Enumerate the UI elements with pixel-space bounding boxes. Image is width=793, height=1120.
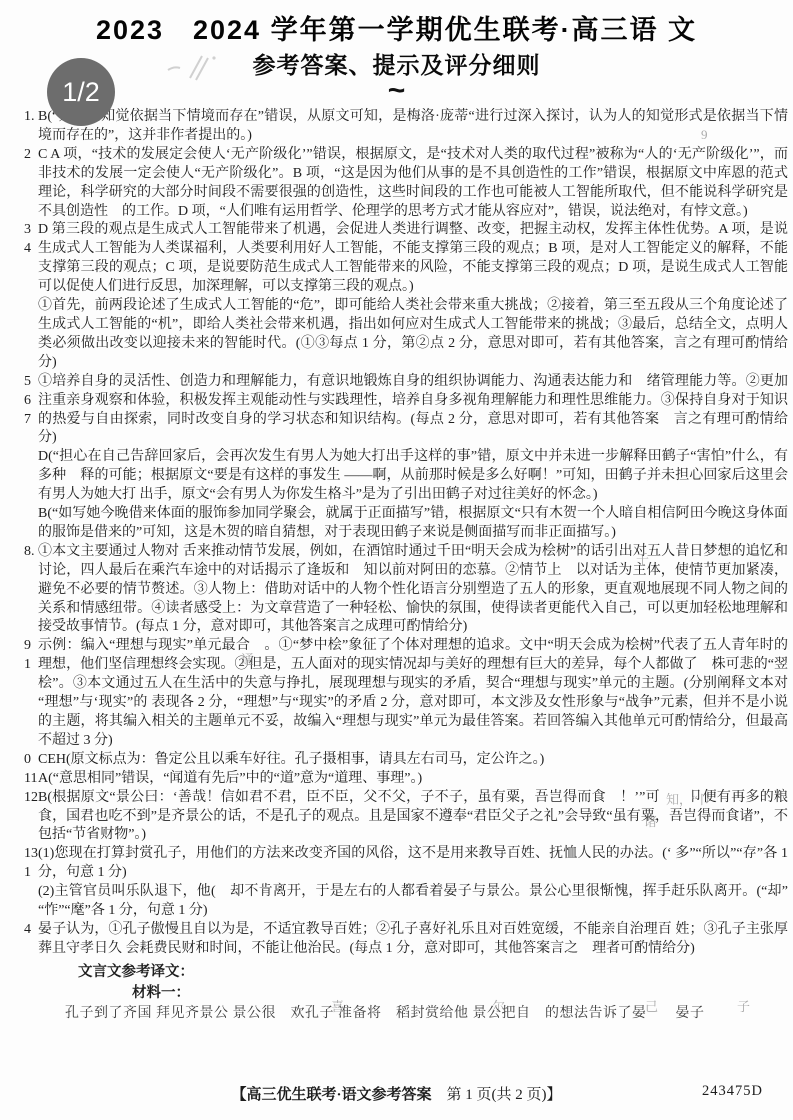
- item-number: 12: [24, 789, 38, 808]
- print-artifact: 喜: [331, 996, 344, 1015]
- answer-item-14: 4 晏子认为，①孔子傲慢且自以为是，不适宜教导百姓；②孔子喜好礼乐且对百姓宽缓，…: [38, 921, 788, 959]
- print-artifact: 9: [701, 127, 708, 143]
- answer-item-8: 8. ①本文主要通过人物对 舌来推动情节发展，例如，在酒馆时通过千田“明天会成为…: [38, 543, 788, 638]
- item-number: 4: [24, 921, 38, 940]
- print-artifact: 通: [241, 649, 254, 668]
- answer-item-10: 0 CEH(原文标点为：鲁定公且以乘车好往。孔子摄相事，请具左右司马，定公许之。…: [38, 751, 788, 770]
- tilde-mark: ~: [0, 80, 793, 102]
- footer-page-info: 第 1 页(共 2 页)】: [432, 1087, 562, 1103]
- answers-list: 1. B(“并提出知觉依据当下情境而存在”错误，从原文可知，是梅洛·庞蒂“进行过…: [38, 108, 788, 1024]
- answer-item-7: B(“如写她今晚借来体面的服饰参加同学聚会，就属于正面描写”错，根据原文“只有木…: [38, 505, 788, 543]
- answer-item-9: 9 1 示例：编入“理想与现实”单元最合 。①“梦中桧”象征了个体对理想的追求。…: [38, 637, 788, 750]
- item-number: 2: [24, 146, 38, 165]
- item-number: 1.: [24, 108, 38, 127]
- item-text: ①首先，前两段论述了生成式人工智能的“危”，即可能给人类社会带来重大挑战；②接着…: [38, 297, 788, 373]
- translation-text: 孔子到了齐国 拜见齐景公 景公很 欢孔子 准备将 稻封赏给他 景公把自 的想法告…: [65, 1005, 788, 1024]
- material-label: 材料一：: [132, 984, 788, 1003]
- item-text: CEH(原文标点为：鲁定公且以乘车好往。孔子摄相事，请具左右司马，定公许之。): [38, 751, 788, 770]
- item-number: 8.: [24, 543, 38, 562]
- item-text: D 第三段的观点是生成式人工智能带来了机遇，会促进人类进行调整、改变，把握主动权…: [38, 221, 788, 297]
- print-artifact: 己: [645, 996, 658, 1015]
- translation-heading: 文言文参考译文：: [78, 963, 788, 982]
- item-text: (1)您现在打算封赏孔子，用他们的方法来改变齐国的风俗，这不是用来教导百姓、抚恤…: [38, 845, 788, 883]
- footer-title: 【高三优生联考·语文参考答案 第 1 页(共 2 页)】: [0, 1083, 793, 1104]
- item-text: ①本文主要通过人物对 舌来推动情节发展，例如，在酒馆时通过千田“明天会成为桧树”…: [38, 543, 788, 638]
- item-number: 0: [24, 751, 38, 770]
- answer-item-3: 3 4 D 第三段的观点是生成式人工智能带来了机遇，会促进人类进行调整、改变，把…: [38, 221, 788, 297]
- answer-item-5: 5 6 7 ①培养自身的灵活性、创造力和理解能力，有意识地锻炼自身的组织协调能力…: [38, 373, 788, 449]
- item-number: 3 4: [24, 221, 38, 259]
- item-text: (2)主管官员叫乐队退下，他( 却不肯离开，于是左右的人都看着晏子与景公。景公心…: [38, 883, 788, 921]
- item-text: 示例：编入“理想与现实”单元最合 。①“梦中桧”象征了个体对理想的追求。文中“明…: [38, 637, 788, 750]
- item-text: C A 项，“技术的发展定会使人‘无产阶级化’”错误，根据原文，是“技术对人类的…: [38, 146, 788, 222]
- doc-code: 243475D: [702, 1083, 763, 1100]
- page-title: 2023 2024 学年第一学期优生联考·高三语 文: [0, 12, 793, 48]
- page-badge: 1/2: [47, 58, 115, 126]
- answer-item-13: 13 1 (1)您现在打算封赏孔子，用他们的方法来改变齐国的风俗，这不是用来教导…: [38, 845, 788, 883]
- footer-exam-name: 【高三优生联考·语文参考答案: [231, 1087, 431, 1103]
- answer-item-4: ①首先，前两段论述了生成式人工智能的“危”，即可能给人类社会带来重大挑战；②接着…: [38, 297, 788, 373]
- item-number: 13 1: [24, 845, 38, 883]
- answer-item-2: 2 C A 项，“技术的发展定会使人‘无产阶级化’”错误，根据原文，是“技术对人…: [38, 146, 788, 222]
- answer-item-6: D(“担心在自己告辞回家后，会再次发生有男人为她大打出手这样的事”错，原文中并未…: [38, 448, 788, 505]
- item-text: B(“并提出知觉依据当下情境而存在”错误，从原文可知，是梅洛·庞蒂“进行过深入探…: [38, 108, 788, 146]
- footer: 【高三优生联考·语文参考答案 第 1 页(共 2 页)】 243475D: [0, 1083, 793, 1104]
- handwritten-mark: [166, 52, 222, 86]
- item-number: 11: [24, 770, 38, 789]
- item-text: ①培养自身的灵活性、创造力和理解能力，有意识地锻炼自身的组织协调能力、沟通表达能…: [38, 373, 788, 449]
- print-artifact: 千: [636, 549, 649, 568]
- page-badge-label: 1/2: [62, 77, 100, 108]
- answer-item-11: 11 A(“意思相同”错误，“闻道有先后”中的“道”意为“道理、事理”。): [38, 770, 788, 789]
- header: 2023 2024 学年第一学期优生联考·高三语 文 参考答案、提示及评分细则 …: [0, 0, 793, 102]
- item-text: D(“担心在自己告辞回家后，会再次发生有男人为她大打出手这样的事”错，原文中并未…: [38, 448, 788, 505]
- item-number: 9 1: [24, 637, 38, 675]
- print-artifact: 诸: [644, 811, 657, 830]
- item-text: A(“意思相同”错误，“闻道有先后”中的“道”意为“道理、事理”。): [38, 770, 788, 789]
- item-number: 5 6 7: [24, 373, 38, 430]
- item-text: B(“如写她今晚借来体面的服饰参加同学聚会，就属于正面描写”错，根据原文“只有木…: [38, 505, 788, 543]
- print-artifact: 子: [737, 996, 750, 1015]
- answer-item-13-2: (2)主管官员叫乐队退下，他( 却不肯离开，于是左右的人都看着晏子与景公。景公心…: [38, 883, 788, 921]
- print-artifact: 尔: [492, 996, 505, 1015]
- answer-sheet-page: 2023 2024 学年第一学期优生联考·高三语 文 参考答案、提示及评分细则 …: [0, 0, 793, 1120]
- item-text: 晏子认为，①孔子傲慢且自以为是，不适宜教导百姓；②孔子喜好礼乐且对百姓宽缓，不能…: [38, 921, 788, 959]
- print-artifact: 知，“卩: [666, 789, 711, 808]
- answer-item-1: 1. B(“并提出知觉依据当下情境而存在”错误，从原文可知，是梅洛·庞蒂“进行过…: [38, 108, 788, 146]
